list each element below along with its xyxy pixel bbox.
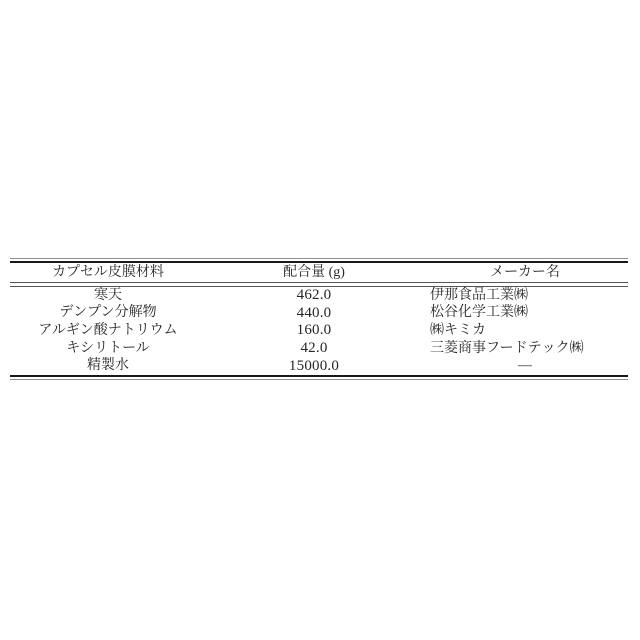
amount-cell: 42.0: [206, 341, 422, 356]
table-row: キシリトール 42.0 三菱商事フードテック㈱: [10, 340, 628, 358]
table-bottom-rule-thin: [10, 379, 628, 380]
material-cell: アルギン酸ナトリウム: [10, 324, 206, 338]
table-bottom-rule-thick: [10, 375, 628, 378]
material-cell: デンプン分解物: [10, 306, 206, 320]
table-body: 寒天 462.0 伊那食品工業㈱ デンプン分解物 440.0 松谷化学工業㈱ ア…: [10, 287, 628, 375]
amount-cell: 440.0: [206, 306, 422, 321]
amount-cell: 15000.0: [206, 359, 422, 374]
material-cell: 寒天: [10, 289, 206, 303]
maker-cell: 伊那食品工業㈱: [422, 289, 628, 303]
column-header-maker: メーカー名: [422, 266, 628, 280]
maker-cell: 三菱商事フードテック㈱: [422, 342, 628, 356]
maker-cell: 松谷化学工業㈱: [422, 306, 628, 320]
amount-cell: 462.0: [206, 288, 422, 303]
table-row: デンプン分解物 440.0 松谷化学工業㈱: [10, 305, 628, 323]
table-row: 寒天 462.0 伊那食品工業㈱: [10, 287, 628, 305]
document-page: カプセル皮膜材料 配合量 (g) メーカー名 寒天 462.0 伊那食品工業㈱ …: [0, 0, 640, 640]
amount-cell: 160.0: [206, 323, 422, 338]
table-row: 精製水 15000.0 ―: [10, 357, 628, 375]
table-row: アルギン酸ナトリウム 160.0 ㈱キミカ: [10, 322, 628, 340]
table-header-row: カプセル皮膜材料 配合量 (g) メーカー名: [10, 263, 628, 282]
material-cell: 精製水: [10, 359, 206, 373]
maker-cell: ㈱キミカ: [422, 324, 628, 338]
column-header-material: カプセル皮膜材料: [10, 266, 206, 280]
table-top-rule-thin: [10, 258, 628, 259]
material-cell: キシリトール: [10, 342, 206, 356]
maker-cell-dash: ―: [422, 359, 628, 373]
materials-table: カプセル皮膜材料 配合量 (g) メーカー名 寒天 462.0 伊那食品工業㈱ …: [10, 258, 628, 380]
column-header-amount: 配合量 (g): [206, 266, 422, 280]
